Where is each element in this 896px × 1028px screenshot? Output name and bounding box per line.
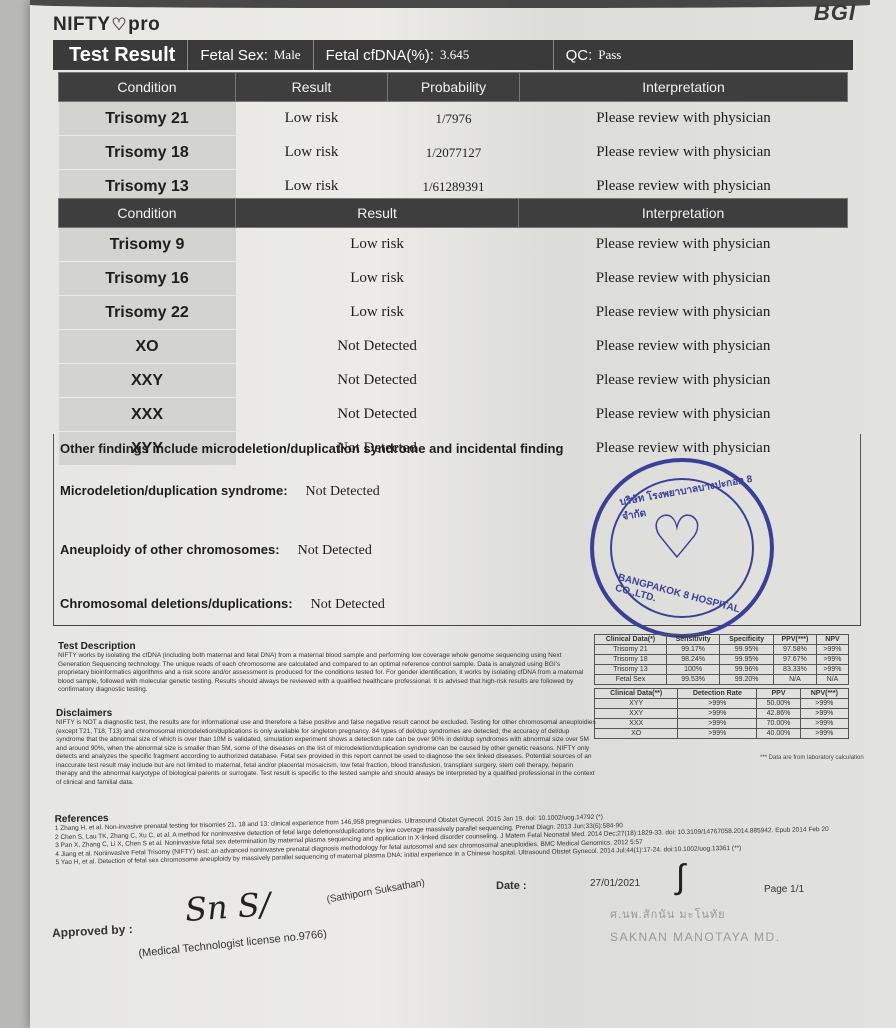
test-result-title: Test Result bbox=[53, 40, 188, 70]
interpretation-cell: Please review with physician bbox=[519, 262, 848, 296]
clinical-cell: >99% bbox=[800, 719, 848, 729]
col-interpretation: Interpretation bbox=[520, 73, 848, 102]
top-edge bbox=[30, 0, 870, 8]
clinical-cell: 98.24% bbox=[666, 655, 720, 665]
test-result-header: Test Result Fetal Sex: Male Fetal cfDNA(… bbox=[53, 40, 853, 70]
result-cell: Low risk bbox=[236, 262, 519, 296]
table-row: Trisomy 21Low risk1/7976Please review wi… bbox=[59, 102, 848, 136]
table-row: XONot DetectedPlease review with physici… bbox=[59, 330, 848, 364]
page-number: Page 1/1 bbox=[764, 884, 804, 895]
clinical-cell: 100% bbox=[666, 665, 720, 675]
clinical-cell: 99.95% bbox=[720, 645, 774, 655]
clinical-header: NPV bbox=[816, 635, 848, 645]
clinical-cell: XO bbox=[595, 729, 678, 739]
interpretation-cell: Please review with physician bbox=[519, 398, 848, 432]
hospital-stamp: บริษัท โรงพยาบาลบางปะกอก 8 จำกัด ♡ BANGP… bbox=[590, 458, 774, 638]
result-cell: Not Detected bbox=[236, 398, 519, 432]
condition-cell: Trisomy 18 bbox=[59, 136, 236, 170]
condition-cell: Trisomy 21 bbox=[59, 102, 236, 136]
clinical-header: Clinical Data(*) bbox=[595, 635, 667, 645]
fetal-cfdna-value: 3.645 bbox=[440, 47, 469, 63]
clinical-data-table-2: Clinical Data(**)Detection RatePPVNPV(**… bbox=[594, 688, 849, 739]
other-conditions-table: Condition Result Interpretation Trisomy … bbox=[58, 198, 848, 466]
heart-logo-icon: ♡ bbox=[111, 15, 127, 34]
table-row: Trisomy 1898.24%99.95%97.67%>99% bbox=[595, 655, 849, 665]
clinical-cell: 99.17% bbox=[666, 645, 720, 655]
finding-microdeletion: Microdeletion/duplication syndrome:Not D… bbox=[60, 483, 380, 500]
condition-cell: XXY bbox=[59, 364, 236, 398]
clinical-cell: 99.53% bbox=[666, 675, 720, 685]
col-result: Result bbox=[236, 199, 519, 228]
bgi-logo: BGI bbox=[814, 0, 856, 26]
finding-aneuploidy: Aneuploidy of other chromosomes:Not Dete… bbox=[60, 542, 372, 559]
result-cell: Not Detected bbox=[236, 330, 519, 364]
clinical-cell: 40.00% bbox=[757, 729, 800, 739]
clinical-cell: 99.20% bbox=[720, 675, 774, 685]
fetal-cfdna: Fetal cfDNA(%): 3.645 bbox=[314, 40, 554, 70]
interpretation-cell: Please review with physician bbox=[520, 136, 848, 170]
table-row: Trisomy 2199.17%99.95%97.58%>99% bbox=[595, 645, 849, 655]
condition-cell: Trisomy 22 bbox=[59, 296, 236, 330]
table-row: XXYNot DetectedPlease review with physic… bbox=[59, 364, 848, 398]
col-condition: Condition bbox=[59, 199, 236, 228]
clinical-cell: XYY bbox=[595, 699, 678, 709]
physician-stamp-thai: ศ.นพ.สักนัน มะโนทัย bbox=[610, 905, 726, 923]
test-description: Test Description NIFTY works by isolatin… bbox=[58, 641, 588, 695]
clinical-header: Specificity bbox=[720, 635, 774, 645]
clinical-cell: >99% bbox=[678, 709, 757, 719]
clinical-cell: >99% bbox=[678, 719, 757, 729]
clinical-cell: >99% bbox=[678, 699, 757, 709]
col-interpretation: Interpretation bbox=[519, 199, 848, 228]
qc-value: Pass bbox=[598, 47, 621, 63]
clinical-cell: >99% bbox=[678, 729, 757, 739]
fetal-sex-value: Male bbox=[274, 47, 301, 63]
condition-cell: XO bbox=[59, 330, 236, 364]
clinical-cell: >99% bbox=[800, 699, 848, 709]
interpretation-cell: Please review with physician bbox=[519, 296, 848, 330]
common-trisomy-table: Condition Result Probability Interpretat… bbox=[58, 72, 848, 204]
table-row: Fetal Sex99.53%99.20%N/AN/A bbox=[595, 675, 849, 685]
clinical-header: PPV bbox=[757, 689, 800, 699]
clinical-cell: >99% bbox=[816, 645, 848, 655]
date-label: Date : bbox=[496, 880, 527, 892]
clinical-cell: Trisomy 13 bbox=[595, 665, 667, 675]
table-row: Trisomy 13100%99.96%83.33%>99% bbox=[595, 665, 849, 675]
table-row: Trisomy 18Low risk1/2077127Please review… bbox=[59, 136, 848, 170]
condition-cell: Trisomy 9 bbox=[59, 228, 236, 262]
date-value: 27/01/2021 bbox=[590, 878, 640, 889]
clinical-header: Detection Rate bbox=[678, 689, 757, 699]
clinical-header: PPV(***) bbox=[773, 635, 816, 645]
clinical-cell: >99% bbox=[816, 655, 848, 665]
result-cell: Low risk bbox=[236, 228, 519, 262]
clinical-note: *** Data are from laboratory calculation bbox=[760, 755, 864, 761]
clinical-cell: 99.95% bbox=[720, 655, 774, 665]
col-probability: Probability bbox=[388, 73, 520, 102]
clinical-cell: 42.86% bbox=[757, 709, 800, 719]
nifty-logo: NIFTY♡pro bbox=[53, 14, 160, 36]
findings-box-border bbox=[860, 434, 861, 626]
clinical-cell: 83.33% bbox=[773, 665, 816, 675]
findings-box-border bbox=[53, 434, 54, 626]
clinical-cell: >99% bbox=[800, 709, 848, 719]
col-result: Result bbox=[236, 73, 388, 102]
clinical-cell: >99% bbox=[816, 665, 848, 675]
clinical-cell: 99.96% bbox=[720, 665, 774, 675]
clinical-cell: 70.00% bbox=[757, 719, 800, 729]
clinical-cell: Fetal Sex bbox=[595, 675, 667, 685]
clinical-cell: XXY bbox=[595, 709, 678, 719]
clinical-header: Clinical Data(**) bbox=[595, 689, 678, 699]
col-condition: Condition bbox=[59, 73, 236, 102]
fetal-sex: Fetal Sex: Male bbox=[188, 40, 313, 70]
probability-cell: 1/7976 bbox=[388, 102, 520, 136]
table-row: Trisomy 9Low riskPlease review with phys… bbox=[59, 228, 848, 262]
result-cell: Low risk bbox=[236, 296, 519, 330]
condition-cell: XXX bbox=[59, 398, 236, 432]
result-cell: Low risk bbox=[236, 102, 388, 136]
clinical-cell: N/A bbox=[816, 675, 848, 685]
interpretation-cell: Please review with physician bbox=[520, 102, 848, 136]
clinical-data-table-1: Clinical Data(*)SensitivitySpecificityPP… bbox=[594, 634, 849, 685]
clinical-cell: >99% bbox=[800, 729, 848, 739]
clinical-cell: 50.00% bbox=[757, 699, 800, 709]
heart-icon: ♡ bbox=[650, 508, 704, 568]
physician-stamp-name: SAKNAN MANOTAYA MD. bbox=[610, 930, 781, 944]
check-mark-icon: ∫ bbox=[676, 858, 685, 897]
table-row: XO>99%40.00%>99% bbox=[595, 729, 849, 739]
clinical-cell: 97.58% bbox=[773, 645, 816, 655]
finding-chromosomal-deletions: Chromosomal deletions/duplications:Not D… bbox=[60, 596, 385, 613]
clinical-header: Sensitivity bbox=[666, 635, 720, 645]
interpretation-cell: Please review with physician bbox=[519, 364, 848, 398]
table-row: XXXNot DetectedPlease review with physic… bbox=[59, 398, 848, 432]
clinical-cell: XXX bbox=[595, 719, 678, 729]
table-row: Trisomy 22Low riskPlease review with phy… bbox=[59, 296, 848, 330]
table-row: XXX>99%70.00%>99% bbox=[595, 719, 849, 729]
signature: Sn S/ bbox=[184, 885, 272, 929]
interpretation-cell: Please review with physician bbox=[519, 330, 848, 364]
disclaimers: Disclaimers NIFTY is NOT a diagnostic te… bbox=[56, 708, 596, 787]
result-cell: Not Detected bbox=[236, 364, 519, 398]
interpretation-cell: Please review with physician bbox=[519, 228, 848, 262]
clinical-cell: 97.67% bbox=[773, 655, 816, 665]
other-findings-title: Other findings include microdeletion/dup… bbox=[60, 441, 563, 456]
clinical-cell: Trisomy 21 bbox=[595, 645, 667, 655]
clinical-header: NPV(***) bbox=[800, 689, 848, 699]
qc-status: QC: Pass bbox=[554, 40, 634, 70]
clinical-cell: N/A bbox=[773, 675, 816, 685]
table-row: XYY>99%50.00%>99% bbox=[595, 699, 849, 709]
probability-cell: 1/2077127 bbox=[388, 136, 520, 170]
table-row: XXY>99%42.86%>99% bbox=[595, 709, 849, 719]
table-row: Trisomy 16Low riskPlease review with phy… bbox=[59, 262, 848, 296]
condition-cell: Trisomy 16 bbox=[59, 262, 236, 296]
result-cell: Low risk bbox=[236, 136, 388, 170]
clinical-cell: Trisomy 18 bbox=[595, 655, 667, 665]
